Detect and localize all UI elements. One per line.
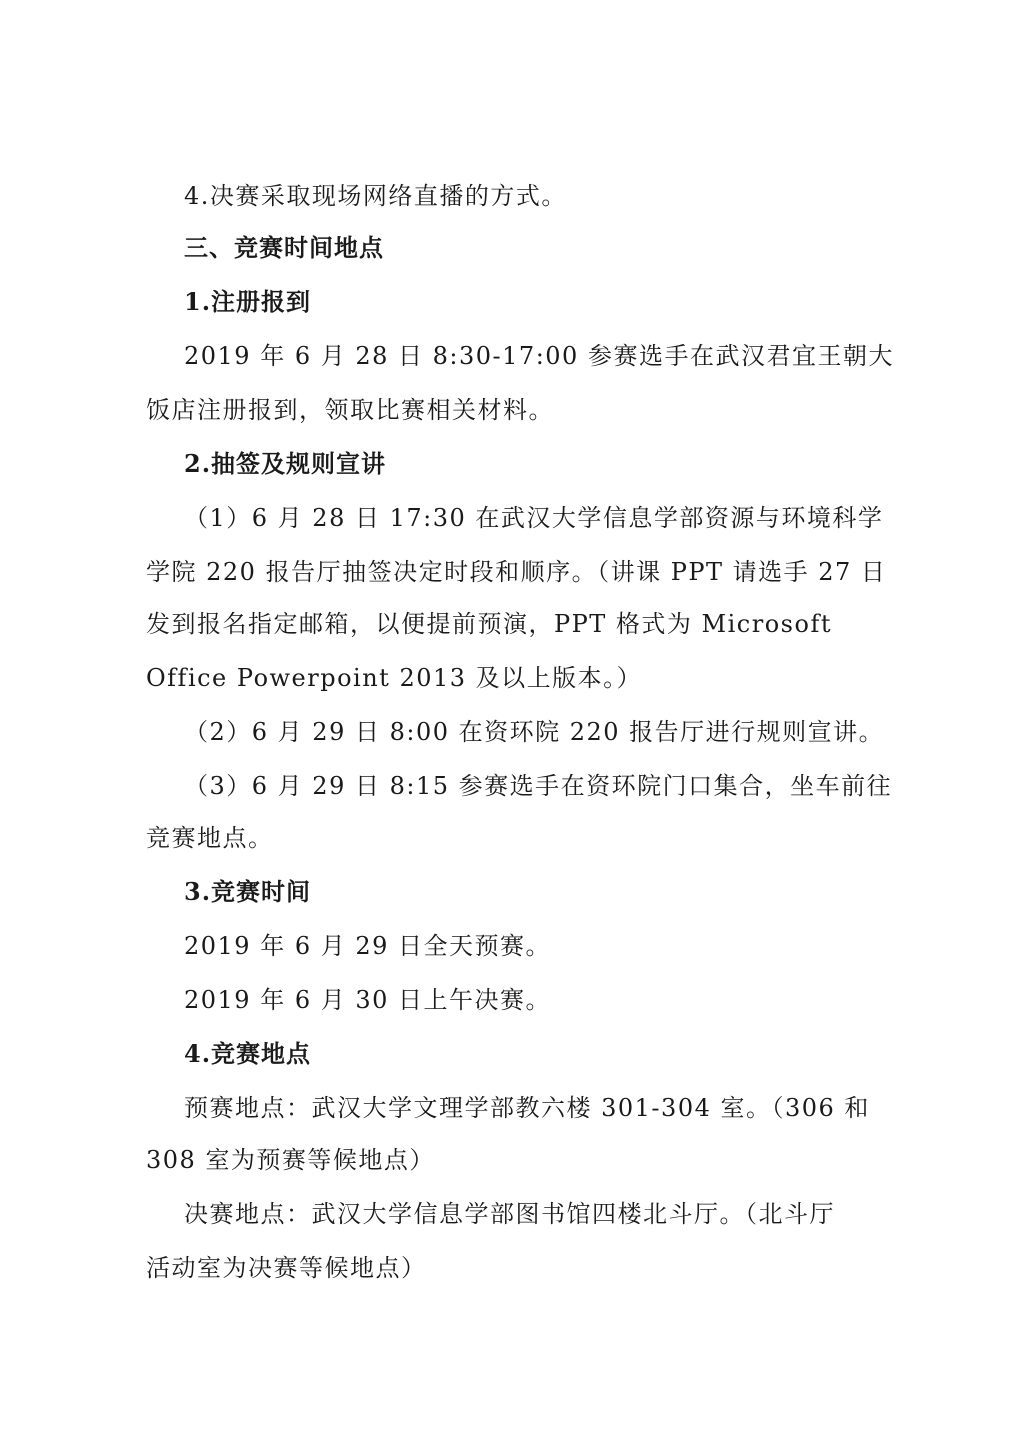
paragraph-preliminary-location-line-1: 预赛地点：武汉大学文理学部教六楼 301-304 室。（306 和 xyxy=(184,1092,870,1124)
paragraph-draw-line-4: Office Powerpoint 2013 及以上版本。） xyxy=(146,662,642,694)
paragraph-rules-briefing: （2）6 月 29 日 8:00 在资环院 220 报告厅进行规则宣讲。 xyxy=(184,716,884,748)
paragraph-draw-line-3: 发到报名指定邮箱，以便提前预演，PPT 格式为 Microsoft xyxy=(146,608,832,640)
paragraph-final-location-line-1: 决赛地点：武汉大学信息学部图书馆四楼北斗厅。（北斗厅 xyxy=(184,1198,835,1230)
paragraph-assembly-line-1: （3）6 月 29 日 8:15 参赛选手在资环院门口集合，坐车前往 xyxy=(184,770,892,802)
paragraph-registration-line-2: 饭店注册报到，领取比赛相关材料。 xyxy=(146,394,554,426)
paragraph-assembly-line-2: 竞赛地点。 xyxy=(146,822,274,854)
paragraph-live-broadcast: 4.决赛采取现场网络直播的方式。 xyxy=(184,180,567,212)
paragraph-preliminary-location-line-2: 308 室为预赛等候地点） xyxy=(146,1144,435,1176)
paragraph-registration-line-1: 2019 年 6 月 28 日 8:30-17:00 参赛选手在武汉君宜王朝大 xyxy=(184,340,894,372)
subheading-competition-location: 4.竞赛地点 xyxy=(184,1038,311,1070)
subheading-registration: 1.注册报到 xyxy=(184,286,311,318)
paragraph-preliminary-date: 2019 年 6 月 29 日全天预赛。 xyxy=(184,930,551,962)
paragraph-final-location-line-2: 活动室为决赛等候地点） xyxy=(146,1252,427,1284)
section-heading-time-location: 三、竞赛时间地点 xyxy=(184,232,384,264)
paragraph-final-date: 2019 年 6 月 30 日上午决赛。 xyxy=(184,984,551,1016)
paragraph-draw-line-2: 学院 220 报告厅抽签决定时段和顺序。（讲课 PPT 请选手 27 日 xyxy=(146,556,886,588)
document-page: 4.决赛采取现场网络直播的方式。 三、竞赛时间地点 1.注册报到 2019 年 … xyxy=(0,0,1024,1448)
subheading-draw-and-rules: 2.抽签及规则宣讲 xyxy=(184,448,386,480)
paragraph-draw-line-1: （1）6 月 28 日 17:30 在武汉大学信息学部资源与环境科学 xyxy=(184,502,883,534)
subheading-competition-time: 3.竞赛时间 xyxy=(184,876,311,908)
